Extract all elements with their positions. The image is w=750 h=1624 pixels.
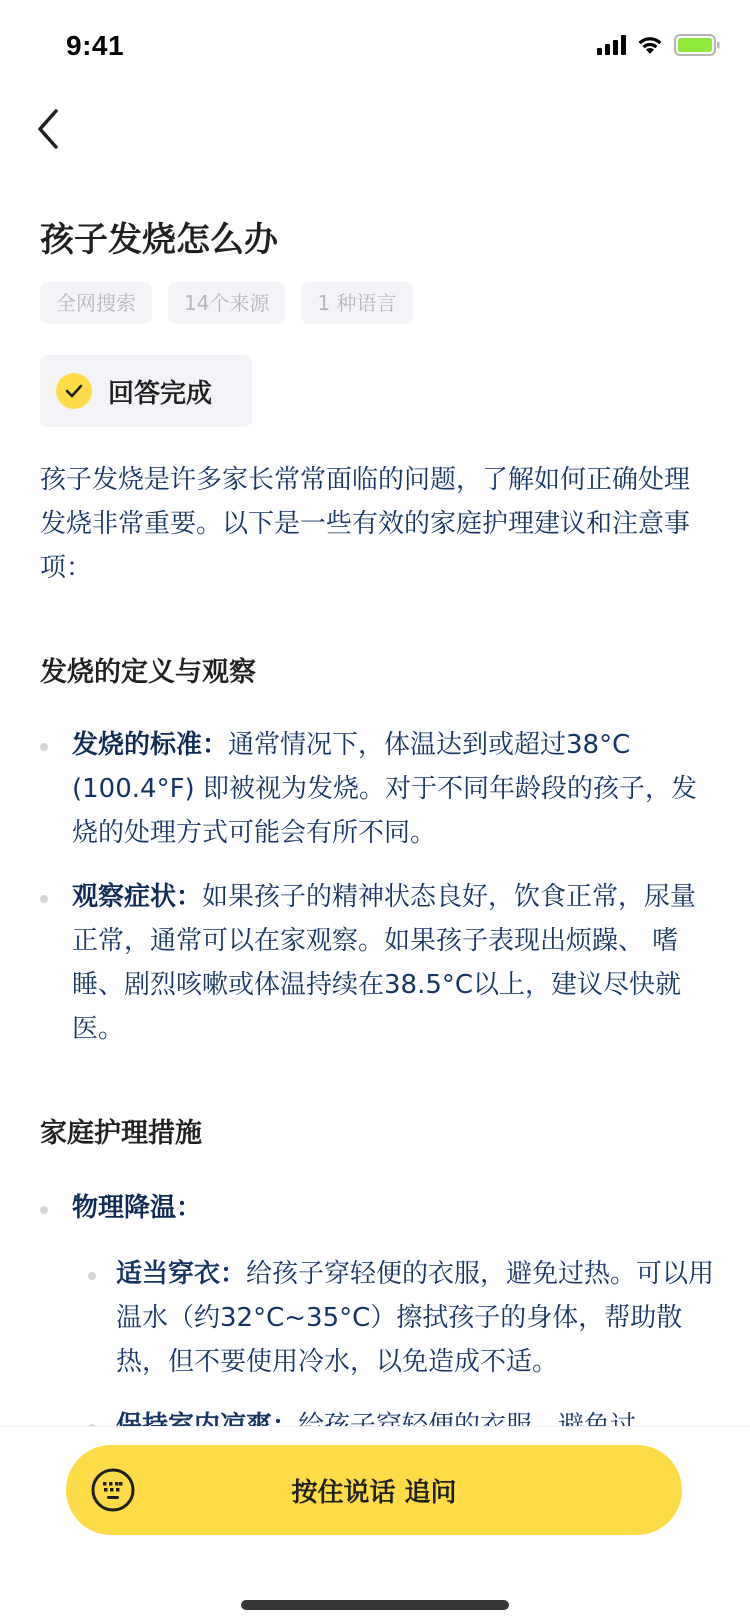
list-item: 发烧的标准：通常情况下，体温达到或超过38°C (100.4°F) 即被视为发烧… [40, 723, 715, 855]
chevron-left-icon [36, 109, 60, 149]
hold-to-talk-button[interactable]: 按住说话 追问 [66, 1445, 682, 1535]
source-tags: 全网搜索 14个来源 1 种语言 [40, 282, 413, 324]
tag-web-search[interactable]: 全网搜索 [40, 282, 152, 324]
status-time: 9:41 [66, 30, 124, 62]
list-item: 物理降温： [40, 1186, 715, 1230]
status-icons [597, 34, 720, 56]
item-term: 发烧的标准： [72, 730, 228, 760]
sub-list-item: 适当穿衣：给孩子穿轻便的衣服，避免过热。可以用温水（约32°C~35°C）擦拭孩… [40, 1252, 715, 1384]
sub-list: 适当穿衣：给孩子穿轻便的衣服，避免过热。可以用温水（约32°C~35°C）擦拭孩… [40, 1252, 715, 1448]
answer-status-label: 回答完成 [108, 373, 212, 410]
answer-article: 孩子发烧是许多家长常常面临的问题，了解如何正确处理发烧非常重要。以下是一些有效的… [40, 458, 715, 1448]
tag-sources-count[interactable]: 14个来源 [168, 282, 285, 324]
item-term: 适当穿衣： [116, 1259, 246, 1289]
section-list: 物理降温： [40, 1186, 715, 1230]
intro-paragraph: 孩子发烧是许多家长常常面临的问题，了解如何正确处理发烧非常重要。以下是一些有效的… [40, 458, 715, 590]
bullet-dot [40, 743, 48, 751]
bullet-dot [88, 1272, 96, 1280]
bullet-dot [40, 1206, 48, 1214]
battery-icon [674, 34, 720, 56]
bottom-input-panel: 按住说话 追问 [0, 1426, 750, 1624]
bullet-dot [40, 895, 48, 903]
keyboard-icon[interactable] [90, 1467, 136, 1517]
item-term: 观察症状： [72, 882, 202, 912]
item-term: 物理降温： [72, 1193, 202, 1223]
tag-languages[interactable]: 1 种语言 [301, 282, 412, 324]
section-heading: 家庭护理措施 [40, 1111, 715, 1150]
check-circle-icon [56, 373, 92, 409]
wifi-icon [636, 35, 664, 55]
list-item: 观察症状：如果孩子的精神状态良好，饮食正常，尿量正常，通常可以在家观察。如果孩子… [40, 875, 715, 1051]
answer-status-card[interactable]: 回答完成 [40, 355, 252, 427]
back-button[interactable] [26, 104, 70, 154]
cellular-signal-icon [597, 35, 626, 55]
home-indicator[interactable] [241, 1600, 509, 1610]
status-bar: 9:41 [0, 0, 750, 88]
hold-to-talk-label: 按住说话 追问 [291, 1472, 456, 1509]
section-heading: 发烧的定义与观察 [40, 650, 715, 689]
section-list: 发烧的标准：通常情况下，体温达到或超过38°C (100.4°F) 即被视为发烧… [40, 723, 715, 1051]
page-title: 孩子发烧怎么办 [40, 212, 278, 261]
